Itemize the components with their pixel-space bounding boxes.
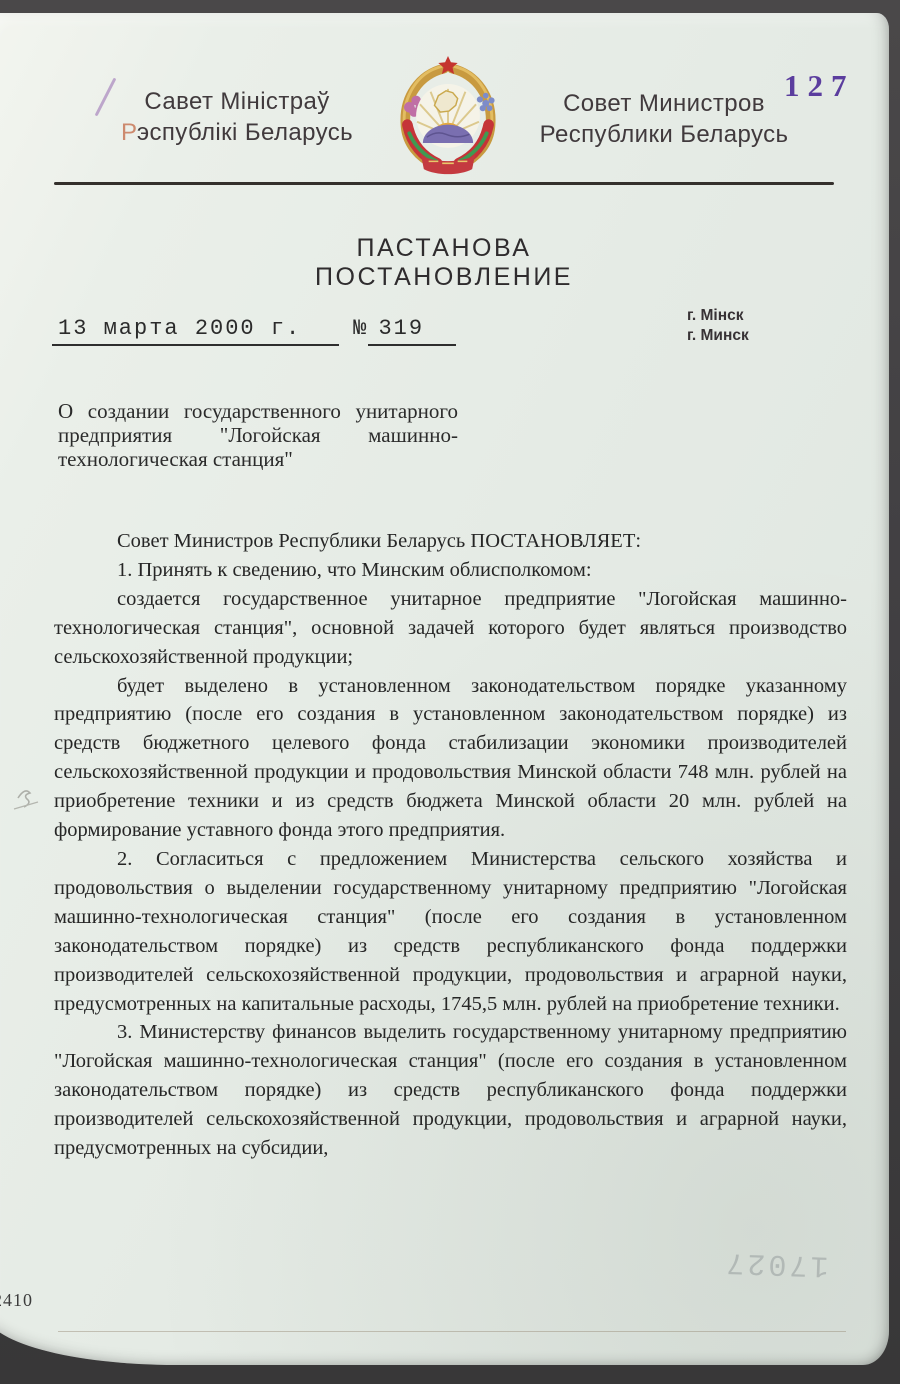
title-belarusian: ПАСТАНОВА [0,234,888,263]
scan-background: Савет Міністраў Рэспублікі Беларусь [0,0,900,1384]
title-russian: ПОСТАНОВЛЕНИЕ [0,263,888,292]
org-name-ru-line2: Республики Беларусь [514,119,814,150]
body-paragraph: 3. Министерству финансов выделить госуда… [54,1018,847,1163]
place-minsk-by: г. Мінск [687,306,749,326]
page-number-stamp: 127 [784,68,855,104]
body-paragraph: 2. Согласиться с предложением Министерст… [54,845,847,1018]
margin-pencil-mark [10,782,44,821]
body-paragraph: создается государственное унитарное пред… [54,585,847,672]
place-minsk-ru: г. Минск [687,326,749,346]
faint-mirrored-number: 17027 [705,1244,846,1283]
body-paragraph: Совет Министров Республики Беларусь ПОСТ… [54,527,847,556]
body-paragraph: 1. Принять к сведению, что Минским облис… [54,556,847,585]
bottom-hairline [58,1331,846,1332]
place-block: г. Мінск г. Минск [687,306,749,346]
document-subject: О создании государственного унитарного п… [58,400,458,471]
document-content: Савет Міністраў Рэспублікі Беларусь [0,0,900,1384]
org-name-belarusian: Савет Міністраў Рэспублікі Беларусь [86,86,388,148]
org-name-by-line1: Савет Міністраў [86,86,388,117]
body-paragraph: будет выделено в установленном законодат… [54,672,847,845]
document-body: Совет Министров Республики Беларусь ПОСТ… [54,527,847,1163]
archive-code: 2410 [0,1290,33,1311]
org-name-ru-line1: Совет Министров [514,88,814,119]
number-sign: № [353,316,368,341]
date-number-row: 13 марта 2000 г.№319 [52,316,456,346]
org-name-by-line2: Рэспублікі Беларусь [86,117,388,148]
header-rule [54,182,834,185]
belarus-coat-of-arms-icon [390,51,506,177]
faded-letter: Р [121,119,137,146]
document-number: 319 [368,316,456,346]
document-type-title: ПАСТАНОВА ПОСТАНОВЛЕНИЕ [0,234,888,292]
org-name-russian: Совет Министров Республики Беларусь [514,88,814,150]
document-date: 13 марта 2000 г. [52,316,339,346]
